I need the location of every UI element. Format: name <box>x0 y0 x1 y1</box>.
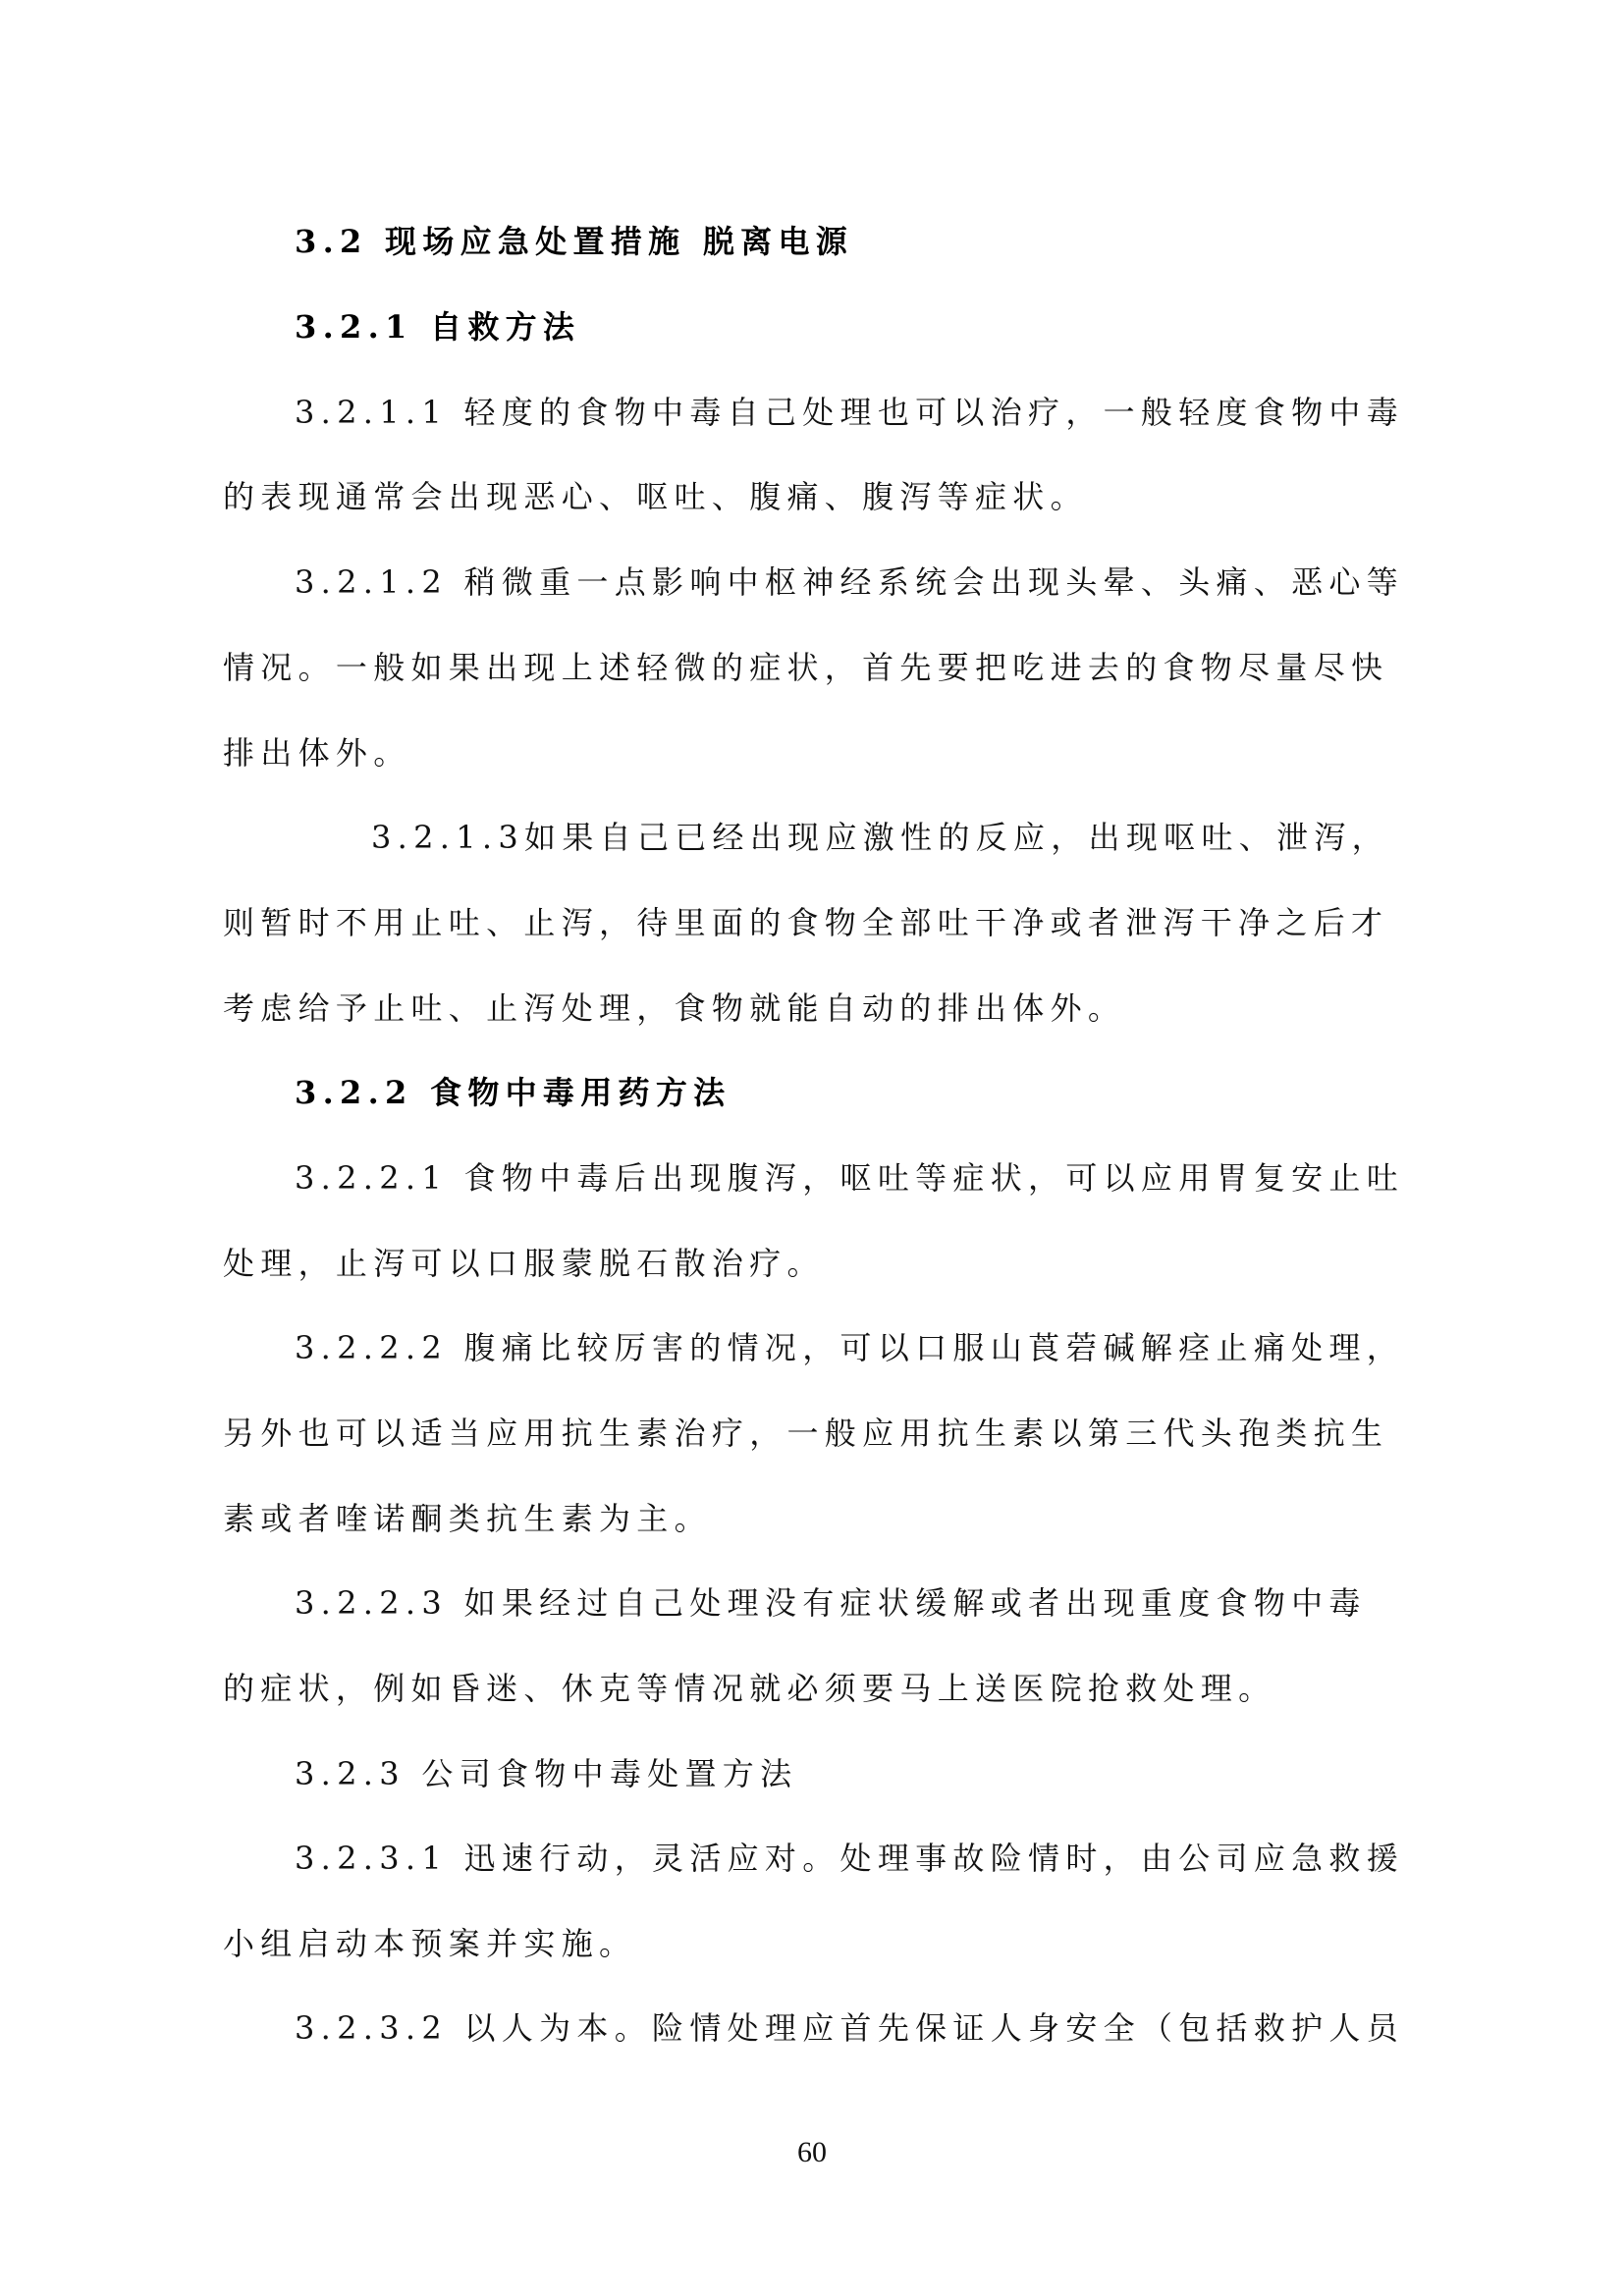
paragraph-3-2-2-1-line-2: 处理，止泻可以口服蒙脱石散治疗。 <box>223 1234 825 1293</box>
subheading-3-2-3: 3.2.3 公司食物中毒处置方法 <box>295 1744 797 1803</box>
section-heading-3-2-1: 3.2.1 自救方法 <box>295 297 580 356</box>
paragraph-3-2-1-2-line-1: 3.2.1.2 稍微重一点影响中枢神经系统会出现头晕、头痛、恶心等 <box>295 553 1404 612</box>
paragraph-3-2-2-2-line-1: 3.2.2.2 腹痛比较厉害的情况，可以口服山莨菪碱解痉止痛处理， <box>295 1318 1404 1377</box>
paragraph-3-2-1-2-line-2: 情况。一般如果出现上述轻微的症状，首先要把吃进去的食物尽量尽快 <box>223 638 1388 697</box>
section-heading-3-2-2: 3.2.2 食物中毒用药方法 <box>295 1063 731 1122</box>
paragraph-3-2-2-2-line-3: 素或者喹诺酮类抗生素为主。 <box>223 1489 712 1548</box>
page-number: 60 <box>0 2130 1624 2175</box>
paragraph-3-2-1-1-line-1: 3.2.1.1 轻度的食物中毒自己处理也可以治疗，一般轻度食物中毒 <box>295 383 1404 442</box>
section-heading-3-2: 3.2 现场应急处置措施 脱离电源 <box>295 212 853 271</box>
paragraph-3-2-3-2-line-1: 3.2.3.2 以人为本。险情处理应首先保证人身安全（包括救护人员 <box>295 1999 1404 2057</box>
paragraph-3-2-2-1-line-1: 3.2.2.1 食物中毒后出现腹泻，呕吐等症状，可以应用胃复安止吐 <box>295 1148 1404 1207</box>
paragraph-3-2-1-2-line-3: 排出体外。 <box>223 723 411 782</box>
paragraph-3-2-1-3-line-2: 则暂时不用止吐、止泻，待里面的食物全部吐干净或者泄泻干净之后才 <box>223 893 1388 952</box>
paragraph-3-2-3-1-line-1: 3.2.3.1 迅速行动，灵活应对。处理事故险情时，由公司应急救援 <box>295 1829 1404 1888</box>
paragraph-3-2-2-3-line-1: 3.2.2.3 如果经过自己处理没有症状缓解或者出现重度食物中毒 <box>295 1574 1367 1632</box>
paragraph-3-2-1-3-line-1: 3.2.1.3如果自己已经出现应激性的反应，出现呕吐、泄泻， <box>371 808 1389 867</box>
paragraph-3-2-2-2-line-2: 另外也可以适当应用抗生素治疗，一般应用抗生素以第三代头孢类抗生 <box>223 1404 1388 1463</box>
paragraph-3-2-2-3-line-2: 的症状，例如昏迷、休克等情况就必须要马上送医院抢救处理。 <box>223 1659 1275 1718</box>
paragraph-3-2-3-1-line-2: 小组启动本预案并实施。 <box>223 1914 636 1973</box>
paragraph-3-2-1-1-line-2: 的表现通常会出现恶心、呕吐、腹痛、腹泻等症状。 <box>223 467 1088 526</box>
document-page: 3.2 现场应急处置措施 脱离电源 3.2.1 自救方法 3.2.1.1 轻度的… <box>0 0 1624 2296</box>
paragraph-3-2-1-3-line-3: 考虑给予止吐、止泻处理，食物就能自动的排出体外。 <box>223 979 1125 1038</box>
